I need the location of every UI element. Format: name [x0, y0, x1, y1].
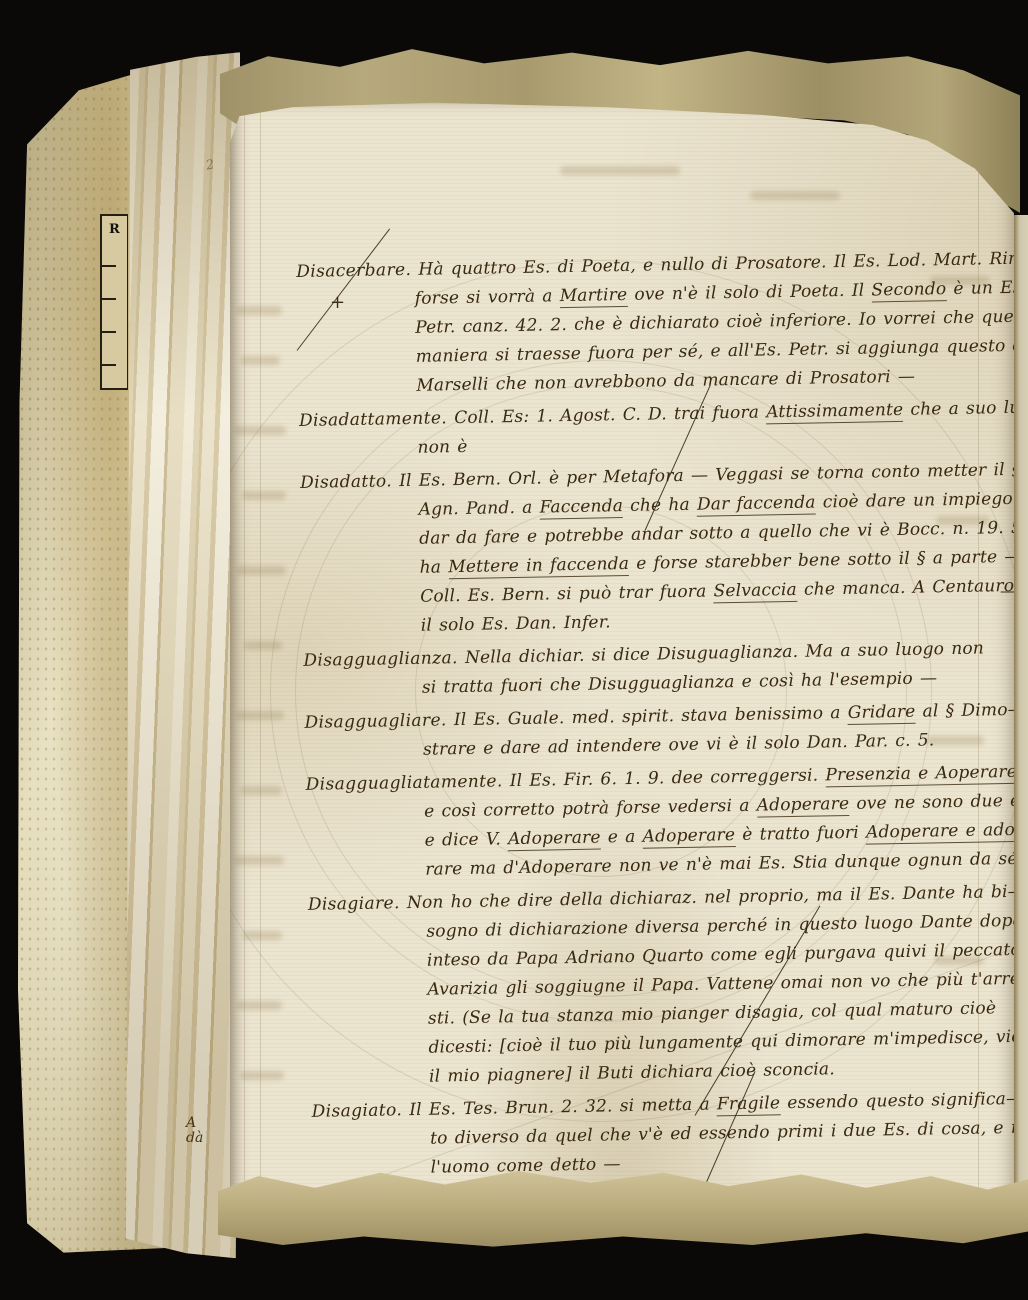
text-segment: Marselli che non avrebbono da mancare di… — [416, 367, 915, 396]
dictionary-entry: Disagguagliatamente. Il Es. Fir. 6. 1. 9… — [305, 758, 1027, 887]
bleedthrough-mark — [750, 191, 840, 200]
corner-note-line: A — [186, 1116, 203, 1131]
bleedthrough-mark — [236, 566, 286, 575]
text-segment: Il Es. Guale. med. spirit. stava benissi… — [447, 703, 848, 730]
text-segment: che a suo luogo — [903, 397, 1028, 420]
bleedthrough-mark — [236, 306, 282, 315]
photograph-background: R Disacerbare. Hà quattro Es. di Poeta, … — [0, 0, 1028, 1300]
underlined-phrase: Adoperare — [508, 828, 601, 852]
text-segment: Coll. Es: 1. Agost. C. D. trai fuora — [447, 402, 767, 428]
bleedthrough-mark — [242, 491, 286, 500]
text-segment: e a — [600, 827, 642, 848]
text-segment: forse si vorrà a — [415, 286, 560, 309]
dictionary-entry: Disagguaglianza. Nella dichiar. si dice … — [303, 634, 1024, 705]
underlined-phrase: Attissimamente — [766, 400, 903, 425]
entry-headword: Disadatto. — [300, 471, 392, 493]
dictionary-entry: Disadattamente. Coll. Es: 1. Agost. C. D… — [299, 394, 1020, 465]
curved-page-sliver — [1014, 215, 1028, 1190]
underlined-phrase: Secondo — [871, 279, 946, 302]
ruler-ticks — [102, 234, 116, 384]
bleedthrough-mark — [234, 426, 286, 435]
text-segment: e dice V. — [425, 829, 509, 851]
underlined-phrase: Martire — [560, 285, 628, 308]
text-segment: il solo Es. Dan. Infer. — [421, 612, 611, 635]
text-segment: Il Es. Tes. Brun. 2. 32. si metta a — [402, 1094, 717, 1120]
text-segment: il mio piagnere] il Buti dichiara cioè s… — [429, 1059, 835, 1086]
underlined-phrase: Adoperare e ado — [866, 820, 1015, 845]
corner-note-line: dà — [186, 1131, 203, 1146]
text-segment: strare e dare ad intendere ove vi è il s… — [423, 730, 935, 759]
bleedthrough-mark — [240, 786, 282, 795]
bleedthrough-mark — [240, 1071, 284, 1080]
text-segment: e forse starebber bene sotto il § a part… — [629, 547, 1022, 574]
underlined-phrase: Mettere in faccenda — [448, 554, 629, 579]
text-segment: è tratto fuori — [735, 823, 866, 845]
bleedthrough-mark — [236, 1001, 282, 1010]
text-segment: al § Dimo— — [915, 700, 1025, 722]
entry-headword: Disagiato. — [311, 1100, 402, 1122]
dictionary-entry: Disadatto. Il Es. Bern. Orl. è per Metaf… — [300, 456, 1023, 643]
underlined-phrase: Presenzia e Aoperare — [825, 762, 1017, 788]
text-segment: to diverso da quel che v'è ed essendo pr… — [430, 1117, 1028, 1148]
entry-headword: Disadattamente. — [299, 408, 448, 431]
dictionary-entry: Disagiare. Non ho che dire della dichiar… — [308, 878, 1028, 1094]
margin-corner-note: A dà — [186, 1116, 203, 1146]
ruler-letter: R — [109, 222, 120, 237]
underlined-phrase: Faccenda — [539, 496, 623, 520]
underlined-phrase: Adoperare — [642, 825, 735, 849]
underlined-phrase: Selvaccia — [713, 580, 797, 604]
dictionary-entry: Disagiato. Il Es. Tes. Brun. 2. 32. si m… — [311, 1085, 1028, 1185]
text-segment: Nella dichiar. si dice Disuguaglianza. M… — [458, 638, 984, 668]
entry-headword: Disagguaglianza. — [303, 648, 458, 671]
entry-headword: Disagguagliatamente. — [305, 771, 502, 795]
dictionary-entry: Disacerbare. Hà quattro Es. di Poeta, e … — [296, 245, 1019, 403]
text-segment: rare ma d'Adoperare non ve n'è mai Es. S… — [425, 849, 1018, 880]
text-segment: si tratta fuori che Disugguaglianza e co… — [422, 668, 938, 697]
underlined-phrase: Gridare — [848, 702, 916, 725]
underlined-phrase: Adoperare — [756, 794, 849, 818]
bleedthrough-mark — [240, 356, 280, 365]
handwritten-text-block: Disacerbare. Hà quattro Es. di Poeta, e … — [296, 245, 1028, 1189]
dictionary-entry: Disagguagliare. Il Es. Guale. med. spiri… — [304, 696, 1025, 767]
text-segment: ove n'è il solo di Poeta. Il — [627, 280, 872, 304]
entry-headword: Disacerbare. — [296, 260, 411, 282]
bleedthrough-mark — [236, 711, 284, 720]
margin-dash-mark: — — [1000, 582, 1015, 600]
spine-ruler-label: R — [100, 214, 128, 390]
text-segment: cioè dare un impiego — [815, 489, 1013, 513]
manuscript-page: Disacerbare. Hà quattro Es. di Poeta, e … — [230, 96, 1014, 1212]
text-segment: dicesti: [cioè il tuo più lungamente qui… — [428, 1027, 1028, 1058]
text-segment: essendo questo significa— — [780, 1089, 1023, 1113]
bleedthrough-mark — [242, 931, 282, 940]
entry-headword: Disagguagliare. — [304, 710, 447, 733]
text-segment: ove ne sono due es— — [849, 790, 1028, 814]
text-segment: ha — [420, 557, 449, 578]
bleedthrough-mark — [560, 166, 680, 175]
text-segment: Agn. Pand. a — [418, 498, 539, 520]
page-edges-stack — [126, 52, 240, 1258]
entry-headword: Disagiare. — [308, 893, 400, 915]
text-segment: Coll. Es. Bern. si può trar fuora — [420, 581, 714, 606]
text-segment: e così corretto potrà forse vedersi a — [424, 796, 757, 822]
text-segment: Il Es. Fir. 6. 1. 9. dee correggersi. — [503, 765, 826, 791]
text-segment: non è — [417, 437, 467, 458]
bleedthrough-mark — [244, 641, 282, 650]
bleedthrough-mark — [234, 856, 284, 865]
underlined-phrase: Fragile — [717, 1093, 781, 1116]
underlined-phrase: Dar faccenda — [697, 493, 816, 517]
text-segment: che manca. A Centauro — [797, 576, 1015, 600]
